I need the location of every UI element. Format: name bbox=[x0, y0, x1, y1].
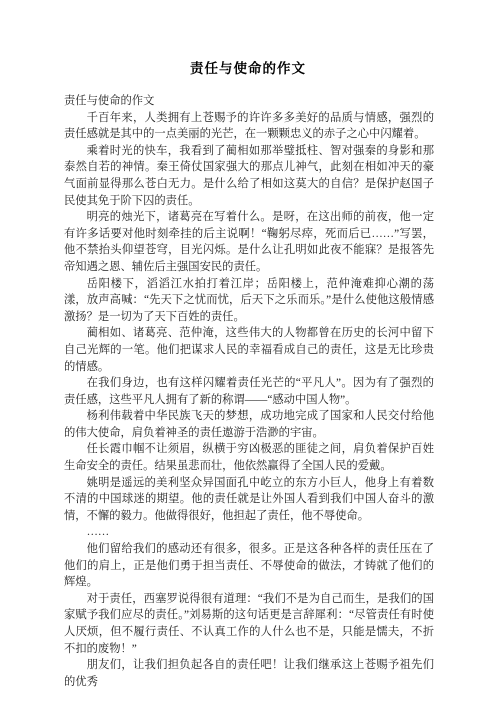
paragraph: 他们留给我们的感动还有很多，很多。正是这各种各样的责任压在了他们的肩上，正是他们… bbox=[64, 541, 434, 591]
essay-body: 责任与使命的作文 千百年来，人类拥有上苍赐予的许许多多美好的品质与情感，强烈的责… bbox=[64, 93, 434, 690]
page-title: 责任与使命的作文 bbox=[0, 0, 496, 77]
paragraph: 岳阳楼下，滔滔江水拍打着江岸；岳阳楼上，范仲淹难抑心潮的荡漾，放声高喊：“先天下… bbox=[64, 276, 434, 326]
paragraph: 千百年来，人类拥有上苍赐予的许许多多美好的品质与情感，强烈的责任感就是其中的一点… bbox=[64, 110, 434, 143]
paragraph-ellipsis: …… bbox=[64, 524, 434, 541]
paragraph: 姚明是遥远的美利坚众异国面孔中屹立的东方小巨人，他身上有着数不清的中国球迷的期望… bbox=[64, 475, 434, 525]
document-page: 责任与使命的作文 责任与使命的作文 千百年来，人类拥有上苍赐予的许许多多美好的品… bbox=[0, 0, 496, 702]
paragraph: 杨利伟载着中华民族飞天的梦想，成功地完成了国家和人民交付给他的伟大使命，肩负着神… bbox=[64, 408, 434, 441]
essay-subtitle: 责任与使命的作文 bbox=[64, 93, 434, 110]
paragraph: 乘着时光的快车，我看到了蔺相如那举璧抵柱、智对强秦的身影和那泰然自若的神情。秦王… bbox=[64, 143, 434, 209]
paragraph: 任长霞巾帼不让须眉，纵横于穷凶极恶的匪徒之间，肩负着保护百姓生命安全的责任。结果… bbox=[64, 441, 434, 474]
paragraph: 在我们身边，也有这样闪耀着责任光芒的“平凡人”。因为有了强烈的责任感，这些平凡人… bbox=[64, 375, 434, 408]
paragraph: 对于责任，西塞罗说得很有道理：“我们不是为自己而生，是我们的国家赋予我们应尽的责… bbox=[64, 591, 434, 657]
paragraph: 朋友们，让我们担负起各自的责任吧！让我们继承这上苍赐予祖先们的优秀 bbox=[64, 657, 434, 690]
paragraph: 蔺相如、诸葛亮、范仲淹，这些伟大的人物都曾在历史的长河中留下自己光辉的一笔。他们… bbox=[64, 325, 434, 375]
paragraph: 明亮的烛光下，诸葛亮在写着什么。是呀，在这出师的前夜，他一定有许多话要对他时刻牵… bbox=[64, 209, 434, 275]
